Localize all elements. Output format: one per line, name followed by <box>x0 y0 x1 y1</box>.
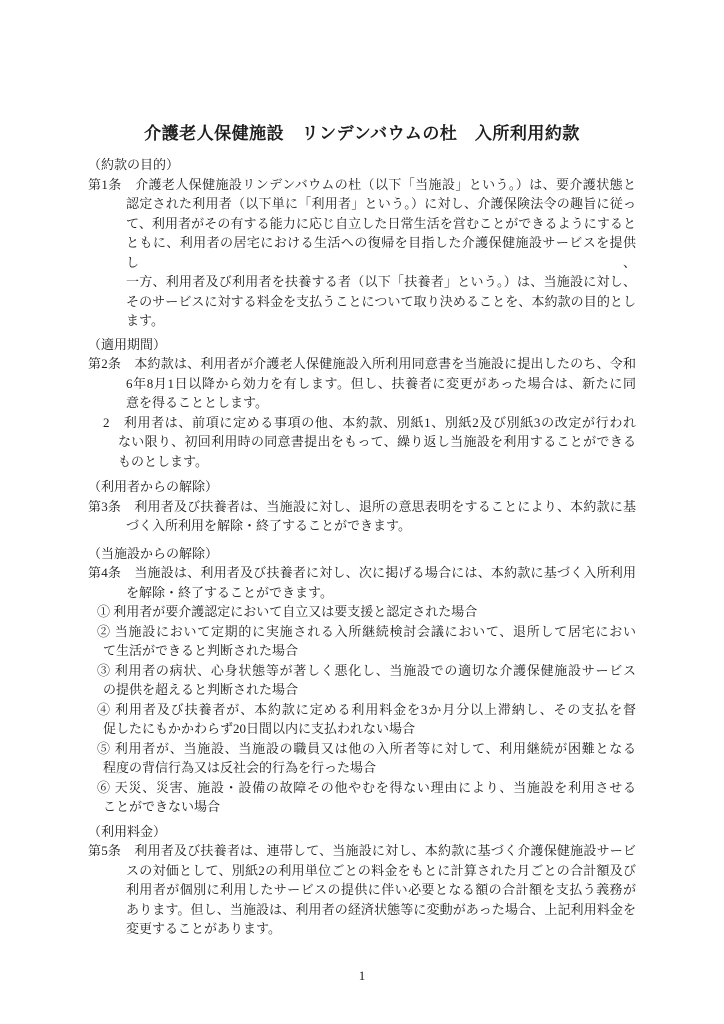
text-line: 第4条 当施設は、利用者及び扶養者に対し、次に掲げる場合には、本約款に基づく入所… <box>88 563 636 583</box>
text-line: ます。 <box>88 311 636 331</box>
text-line: 第5条 利用者及び扶養者は、連帯して、当施設に対し、本約款に基づく介護保健施設サ… <box>88 841 636 861</box>
text-line: ともに、利用者の居宅における生活への復帰を目指した介護保健施設サービスを提供し、 <box>88 233 636 272</box>
text-line: 利用者が個別に利用したサービスの提供に伴い必要となる額の合計額を支払う義務が <box>88 880 636 900</box>
text-line: ① 利用者が要介護認定において自立又は要支援と認定された場合 <box>88 602 636 622</box>
text-line: 第2条 本約款は、利用者が介護老人保健施設入所利用同意書を当施設に提出したのち、… <box>88 354 636 374</box>
section-heading: （適用期間） <box>88 335 636 355</box>
contract-section: （約款の目的）第1条 介護老人保健施設リンデンバウムの杜（以下「当施設」という。… <box>88 155 636 331</box>
text-line: ない限り、初回利用時の同意書提出をもって、繰り返し当施設を利用することができる <box>88 432 636 452</box>
text-line: ② 当施設において定期的に実施される入所継続検討会議において、退所して居宅におい <box>88 622 636 642</box>
text-line: 第1条 介護老人保健施設リンデンバウムの杜（以下「当施設」という。）は、要介護状… <box>88 175 636 195</box>
text-line: ⑤ 利用者が、当施設、当施設の職員又は他の入所者等に対して、利用継続が困難となる <box>88 739 636 759</box>
contract-section: （利用者からの解除）第3条 利用者及び扶養者は、当施設に対し、退所の意思表明をす… <box>88 477 636 536</box>
text-line: て、利用者がその有する能力に応じ自立した日常生活を営むことができるようにすると <box>88 214 636 234</box>
text-line: 一方、利用者及び利用者を扶養する者（以下「扶養者」という。）は、当施設に対し、 <box>88 272 636 292</box>
text-line: 促したにもかかわらず20日間以内に支払われない場合 <box>88 719 636 739</box>
text-line: 変更することがあります。 <box>88 919 636 939</box>
section-heading: （利用料金） <box>88 822 636 842</box>
contract-section: （当施設からの解除）第4条 当施設は、利用者及び扶養者に対し、次に掲げる場合には… <box>88 544 636 817</box>
text-line: の提供を超えると判断された場合 <box>88 680 636 700</box>
text-line: 第3条 利用者及び扶養者は、当施設に対し、退所の意思表明をすることにより、本約款… <box>88 497 636 517</box>
text-line: ⑥ 天災、災害、施設・設備の故障その他やむを得ない理由により、当施設を利用させる <box>88 778 636 798</box>
text-line: 認定された利用者（以下単に「利用者」という。）に対し、介護保険法令の趣旨に従っ <box>88 194 636 214</box>
text-line: そのサービスに対する料金を支払うことについて取り決めることを、本約款の目的とし <box>88 292 636 312</box>
text-line: 2 利用者は、前項に定める事項の他、本約款、別紙1、別紙2及び別紙3の改定が行わ… <box>88 413 636 433</box>
text-line: を解除・終了することができます。 <box>88 583 636 603</box>
text-line: ものとします。 <box>88 452 636 472</box>
section-heading: （利用者からの解除） <box>88 477 636 497</box>
document-page: 介護老人保健施設 リンデンバウムの杜 入所利用約款 （約款の目的）第1条 介護老… <box>0 0 724 1024</box>
text-line: 程度の背信行為又は反社会的行為を行った場合 <box>88 758 636 778</box>
text-line: ④ 利用者及び扶養者が、本約款に定める利用料金を3か月分以上滞納し、その支払を督 <box>88 700 636 720</box>
text-line: づく入所利用を解除・終了することができます。 <box>88 516 636 536</box>
text-line: ③ 利用者の病状、心身状態等が著しく悪化し、当施設での適切な介護保健施設サービス <box>88 661 636 681</box>
text-line: あります。但し、当施設は、利用者の経済状態等に変動があった場合、上記利用料金を <box>88 900 636 920</box>
contract-section: （適用期間）第2条 本約款は、利用者が介護老人保健施設入所利用同意書を当施設に提… <box>88 335 636 472</box>
text-line: スの対価として、別紙2の利用単位ごとの料金をもとに計算された月ごとの合計額及び <box>88 861 636 881</box>
document-body: （約款の目的）第1条 介護老人保健施設リンデンバウムの杜（以下「当施設」という。… <box>88 155 636 939</box>
page-title: 介護老人保健施設 リンデンバウムの杜 入所利用約款 <box>88 0 636 146</box>
page-number: 1 <box>88 966 636 986</box>
text-line: ことができない場合 <box>88 797 636 817</box>
text-line: 6年8月1日以降から効力を有します。但し、扶養者に変更があった場合は、新たに同 <box>88 374 636 394</box>
text-line: 意を得ることとします。 <box>88 393 636 413</box>
contract-section: （利用料金）第5条 利用者及び扶養者は、連帯して、当施設に対し、本約款に基づく介… <box>88 822 636 939</box>
section-heading: （当施設からの解除） <box>88 544 636 564</box>
text-line: て生活ができると判断された場合 <box>88 641 636 661</box>
section-heading: （約款の目的） <box>88 155 636 175</box>
